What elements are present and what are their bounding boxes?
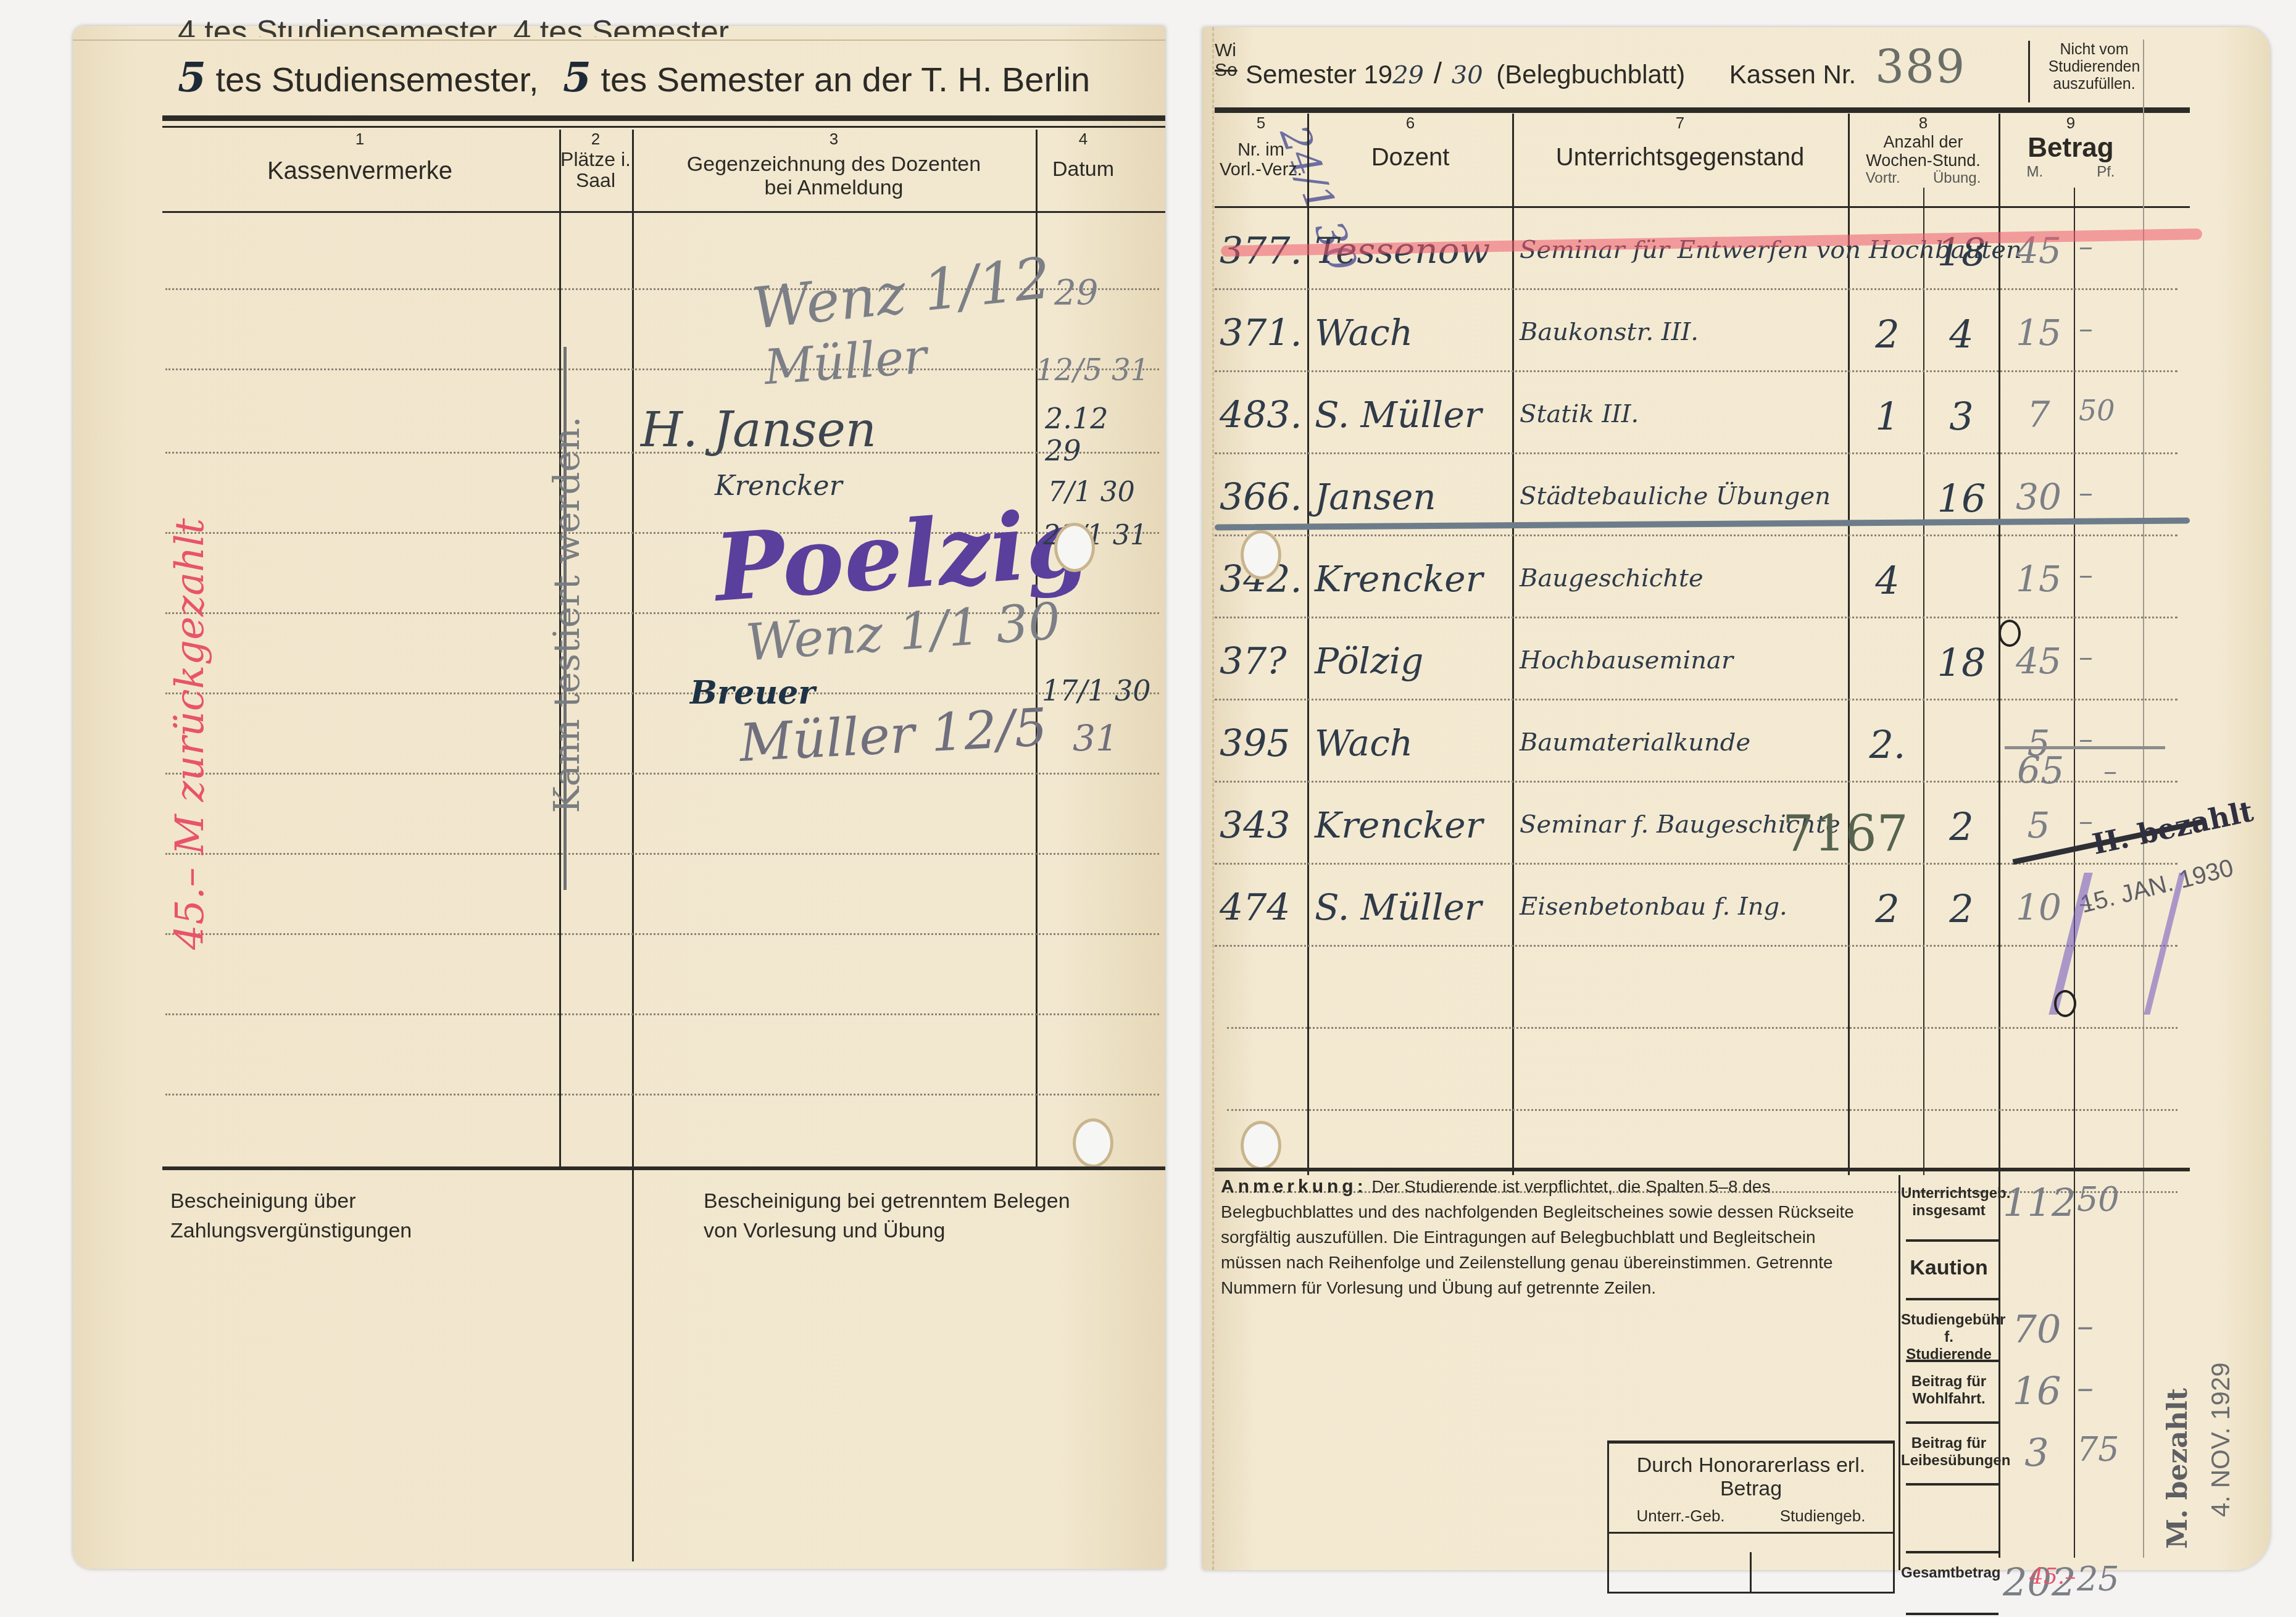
signature-date: 12/5 31 (1036, 353, 1149, 388)
row-dozent: Krencker (1315, 558, 1512, 600)
fee-label: Beitrag für Wohlfahrt. (1901, 1373, 1997, 1408)
row-rule (1215, 534, 2177, 536)
row-rule (165, 1094, 1159, 1095)
anmerkung-label: Anmerkung: (1221, 1176, 1367, 1197)
row-rule (1215, 452, 2177, 454)
binder-hole (1073, 1118, 1113, 1168)
row-subject: Eisenbetonbau f. Ing. (1520, 892, 1847, 921)
side-paid-stamp-label: M. bezahlt (2162, 1203, 2194, 1549)
row-subject: Baugeschichte (1520, 564, 1847, 592)
honorarerlass-title: Durch Honorarerlass erl. Betrag (1609, 1453, 1893, 1500)
row-rule (1215, 699, 2177, 700)
row-dozent: Wach (1315, 722, 1512, 764)
row-subject: Städtebauliche Übungen (1520, 482, 1847, 510)
binder-hole (1241, 1121, 1281, 1170)
semester-type: Wi So (1215, 41, 1237, 80)
red-bottom-note: 45.– (2029, 1564, 2076, 1589)
signature-date: 31 (1073, 717, 1118, 759)
zahlungsverguenstigungen-section: Bescheinigung über Zahlungsvergünstigung… (170, 1186, 565, 1245)
row-nr: 371. (1220, 312, 1306, 355)
study-semester-number: 5 (178, 53, 206, 101)
col-number: 8 (1849, 114, 1997, 133)
row-dozent: S. Müller (1315, 394, 1512, 436)
col-number: 6 (1308, 114, 1512, 133)
row-uebung: 4 (1931, 312, 1992, 357)
row-pf: – (2079, 312, 2140, 345)
th-semester-label: tes Semester an der T. H. Berlin (601, 60, 1091, 99)
circle-mark (1999, 620, 2021, 647)
row-dozent: Pölzig (1315, 640, 1512, 682)
fee-row: Unterrichtsgeb. insgesamt11250 (1901, 1174, 2185, 1242)
side-paid-stamp-date: 4. NOV. 1929 (2206, 1208, 2236, 1517)
row-mark: 15 (2005, 558, 2073, 600)
row-rule (1215, 288, 2177, 290)
row-rule (1215, 945, 2177, 947)
header-divider (2028, 41, 2030, 102)
row-pf: 50 (2079, 394, 2140, 427)
col-label: Gegenzeichnung des Dozenten bei Anmeldun… (633, 152, 1034, 199)
fee-mark: 112 (2003, 1180, 2071, 1225)
row-pf: – (2079, 476, 2140, 509)
semester-type-wi: Wi (1215, 41, 1237, 60)
row-nr: 483. (1220, 394, 1306, 437)
signature: Krencker (715, 470, 842, 502)
col-label: Kassenvermerke (162, 157, 557, 185)
row-dozent: Jansen (1315, 476, 1512, 518)
row-pf: – (2079, 722, 2140, 755)
row-uebung: 3 (1931, 394, 1992, 439)
col-header-wochenstunden: 8 Anzahl der Wochen-Stund. Vortr. Übung. (1849, 114, 1997, 187)
page-edge (73, 39, 1165, 41)
col-number: 1 (162, 130, 557, 149)
row-mark: 10 (2005, 886, 2073, 928)
row-rule (165, 773, 1159, 775)
fee-row (1901, 1486, 2185, 1553)
row-subject: Baukonstr. III. (1520, 318, 1847, 346)
signature: Müller (762, 329, 928, 396)
col-label: Unterrichtsgegenstand (1513, 144, 1847, 172)
row-rule (165, 1013, 1159, 1015)
signature-date: 29 (1054, 273, 1098, 313)
col-header-gegenzeichnung: 3 Gegenzeichnung des Dozenten bei Anmeld… (633, 130, 1034, 199)
stamped-number: 7167 (1782, 805, 1908, 862)
kann-testiert-stamp: Kann testiert werden. (546, 380, 588, 849)
semester-header: 5 tes Studiensemester, 5 tes Semester an… (178, 53, 1090, 101)
row-uebung: 16 (1931, 476, 1992, 521)
row-pf: – (2079, 558, 2140, 591)
honorar-col-unterr: Unterr.-Geb. (1637, 1507, 1725, 1526)
row-nr: 474 (1220, 886, 1306, 929)
row-vortr: 2. (1857, 722, 1918, 767)
left-page: 4 tes Studiensemester, 4 tes Semester 5 … (73, 26, 1165, 1569)
col-header-nr: 5 Nr. im Vorl.-Verz. (1215, 114, 1307, 180)
fee-rule (1906, 1613, 1999, 1615)
col-label: Betrag (2000, 133, 2142, 164)
fee-label: Kaution (1901, 1259, 1997, 1276)
row-rule (1215, 863, 2177, 865)
signature-date: 7/1 30 (1048, 476, 1135, 508)
col-header-kassenvermerke: 1 Kassenvermerke (162, 130, 557, 185)
header-rule-thin (162, 126, 1165, 128)
anmerkung: Anmerkung: Der Studierende ist verpflich… (1221, 1174, 1857, 1300)
row-rule (165, 853, 1159, 855)
col-divider (632, 130, 634, 1561)
row-nr: 343 (1220, 804, 1306, 847)
bottom-rule (1215, 1168, 2190, 1171)
row-dozent: S. Müller (1315, 886, 1512, 928)
table-row: 371.WachBaukonstr. III.2415– (1202, 294, 2190, 376)
row-rule (1215, 617, 2177, 618)
col-header-betrag: 9 Betrag M. Pf. (2000, 114, 2142, 181)
year-slash: / (1434, 57, 1442, 90)
header-bottom-rule (1215, 206, 2190, 208)
fee-row: Beitrag für Leibesübungen375 (1901, 1424, 2185, 1486)
fee-mark: 3 (2003, 1430, 2071, 1475)
row-rule (1227, 1109, 2177, 1111)
col-sub-vortr: Vortr. (1866, 170, 1900, 187)
row-mark: 7 (2005, 394, 2073, 436)
fee-pf: – (2077, 1307, 2139, 1345)
col-number: 4 (1037, 130, 1129, 149)
row-mark: 30 (2005, 476, 2073, 518)
row-nr: 366. (1220, 476, 1306, 519)
row-nr: 37? (1220, 640, 1306, 683)
row-subject: Statik III. (1520, 400, 1847, 428)
table-row: 483.S. MüllerStatik III.13750 (1202, 376, 2190, 459)
col-label: Datum (1037, 157, 1129, 181)
col-sub-uebung: Übung. (1933, 170, 1981, 187)
getrenntes-belegen-section: Bescheinigung bei getrenntem Belegen von… (704, 1186, 1086, 1245)
col-label: Plätze i. Saal (559, 149, 632, 191)
row-rule (165, 368, 1159, 370)
binder-hole (1241, 530, 1281, 580)
subtotal-mark: 65 (2017, 749, 2064, 792)
header-rule (162, 115, 1165, 121)
row-uebung: 2 (1931, 804, 1992, 849)
not-by-student-note: Nicht vom Studierenden auszufüllen. (2032, 41, 2156, 93)
row-mark: 15 (2005, 312, 2073, 354)
signature: Breuer (690, 674, 815, 712)
col-number: 5 (1215, 114, 1307, 133)
fee-label: Beitrag für Leibesübungen (1901, 1435, 1997, 1469)
previous-page-header-fragment: 4 tes Studiensemester, 4 tes Semester (178, 14, 729, 37)
col-number: 9 (2000, 114, 2142, 133)
semester-label: Semester 19 (1246, 60, 1392, 89)
col-number: 2 (559, 130, 632, 149)
row-subject: Hochbauseminar (1520, 646, 1847, 675)
fee-mark: 16 (2003, 1368, 2071, 1413)
col-sub-pf: Pf. (2097, 164, 2115, 181)
col-label: Dozent (1308, 144, 1512, 172)
header-rule (1215, 107, 2190, 113)
fee-row: Beitrag für Wohlfahrt.16– (1901, 1362, 2185, 1424)
row-rule (1227, 1027, 2177, 1029)
table-row: 37?PölzigHochbauseminar1845– (1202, 623, 2190, 705)
kassen-label: Kassen Nr. (1729, 60, 1856, 89)
fee-pf: – (2077, 1368, 2139, 1407)
fee-pf: 25 (2077, 1560, 2139, 1598)
honorar-col-studien: Studiengeb. (1780, 1507, 1866, 1526)
semester-type-so: So (1215, 60, 1237, 80)
row-nr: 395 (1220, 722, 1306, 765)
row-vortr: 2 (1857, 886, 1918, 931)
bottom-rule (162, 1166, 1165, 1170)
col-number: 7 (1513, 114, 1847, 133)
kassen-number: 389 (1875, 41, 1966, 94)
row-dozent: Krencker (1315, 804, 1512, 846)
right-page: Wi So Semester 1929 / 30 (Belegbuchblatt… (1202, 27, 2270, 1570)
semester-year-a: 29 (1392, 61, 1424, 89)
row-mark: 45 (2005, 640, 2073, 682)
col-number: 3 (633, 130, 1034, 149)
th-semester-number: 5 (563, 53, 591, 101)
col-header-plaetze: 2 Plätze i. Saal (559, 130, 632, 191)
row-vortr: 2 (1857, 312, 1918, 357)
col-label: Nr. im Vorl.-Verz. (1215, 140, 1307, 180)
signature: Wenz 1/12 (749, 245, 1054, 342)
fee-pf: 75 (2077, 1430, 2139, 1469)
fees-divider (1899, 1175, 1900, 1570)
table-row: 474S. MüllerEisenbetonbau f. Ing.2210– (1202, 869, 2190, 951)
signature-date: 2.12 29 (1045, 402, 1119, 467)
fee-label: Studiengebühr f. Studierende (1901, 1311, 1997, 1363)
red-margin-note: 45.– M zurückgezahlt (167, 456, 213, 950)
fee-row: Kaution (1901, 1242, 2185, 1300)
row-subject: Baumaterialkunde (1520, 728, 1847, 757)
row-pf: – (2079, 640, 2140, 673)
semester-line: Semester 1929 / 30 (Belegbuchblatt) Kass… (1246, 57, 1856, 91)
row-rule (165, 933, 1159, 935)
fee-mark: 70 (2003, 1307, 2071, 1352)
col-header-unterrichtsgegenstand: 7 Unterrichtsgegenstand (1513, 114, 1847, 172)
row-vortr: 4 (1857, 558, 1918, 603)
col-sub-mark: M. (2026, 164, 2043, 181)
signature: H. Jansen (641, 402, 876, 458)
row-uebung: 18 (1931, 640, 1992, 685)
row-rule (1215, 370, 2177, 372)
sheet-label: (Belegbuchblatt) (1496, 60, 1685, 89)
fee-label: Gesamtbetrag (1901, 1565, 1997, 1582)
fee-pf: 50 (2077, 1180, 2139, 1219)
row-rule (165, 692, 1159, 694)
header-bottom-rule (162, 211, 1165, 213)
study-semester-label: tes Studiensemester, (216, 60, 539, 99)
honorar-divider (1750, 1552, 1752, 1592)
col-label: Anzahl der Wochen-Stund. (1849, 133, 1997, 170)
binder-hole (1054, 523, 1095, 572)
circle-mark (2054, 990, 2076, 1017)
semester-year-b: 30 (1452, 61, 1483, 89)
row-dozent: Wach (1315, 312, 1512, 354)
table-row: 342.KrenckerBaugeschichte415– (1202, 541, 2190, 623)
signature-date: 17/1 30 (1042, 674, 1150, 707)
fee-row: Studiengebühr f. Studierende70– (1901, 1300, 2185, 1362)
row-vortr: 1 (1857, 394, 1918, 439)
col-header-dozent: 6 Dozent (1308, 114, 1512, 172)
col-header-datum: 4 Datum (1037, 130, 1129, 181)
honorarerlass-box: Durch Honorarerlass erl. Betrag Unterr.-… (1607, 1440, 1895, 1594)
row-uebung: 2 (1931, 886, 1992, 931)
row-mark: 5 (2005, 804, 2073, 846)
subtotal-pf: – (2103, 755, 2117, 787)
fee-label: Unterrichtsgeb. insgesamt (1901, 1185, 1997, 1220)
